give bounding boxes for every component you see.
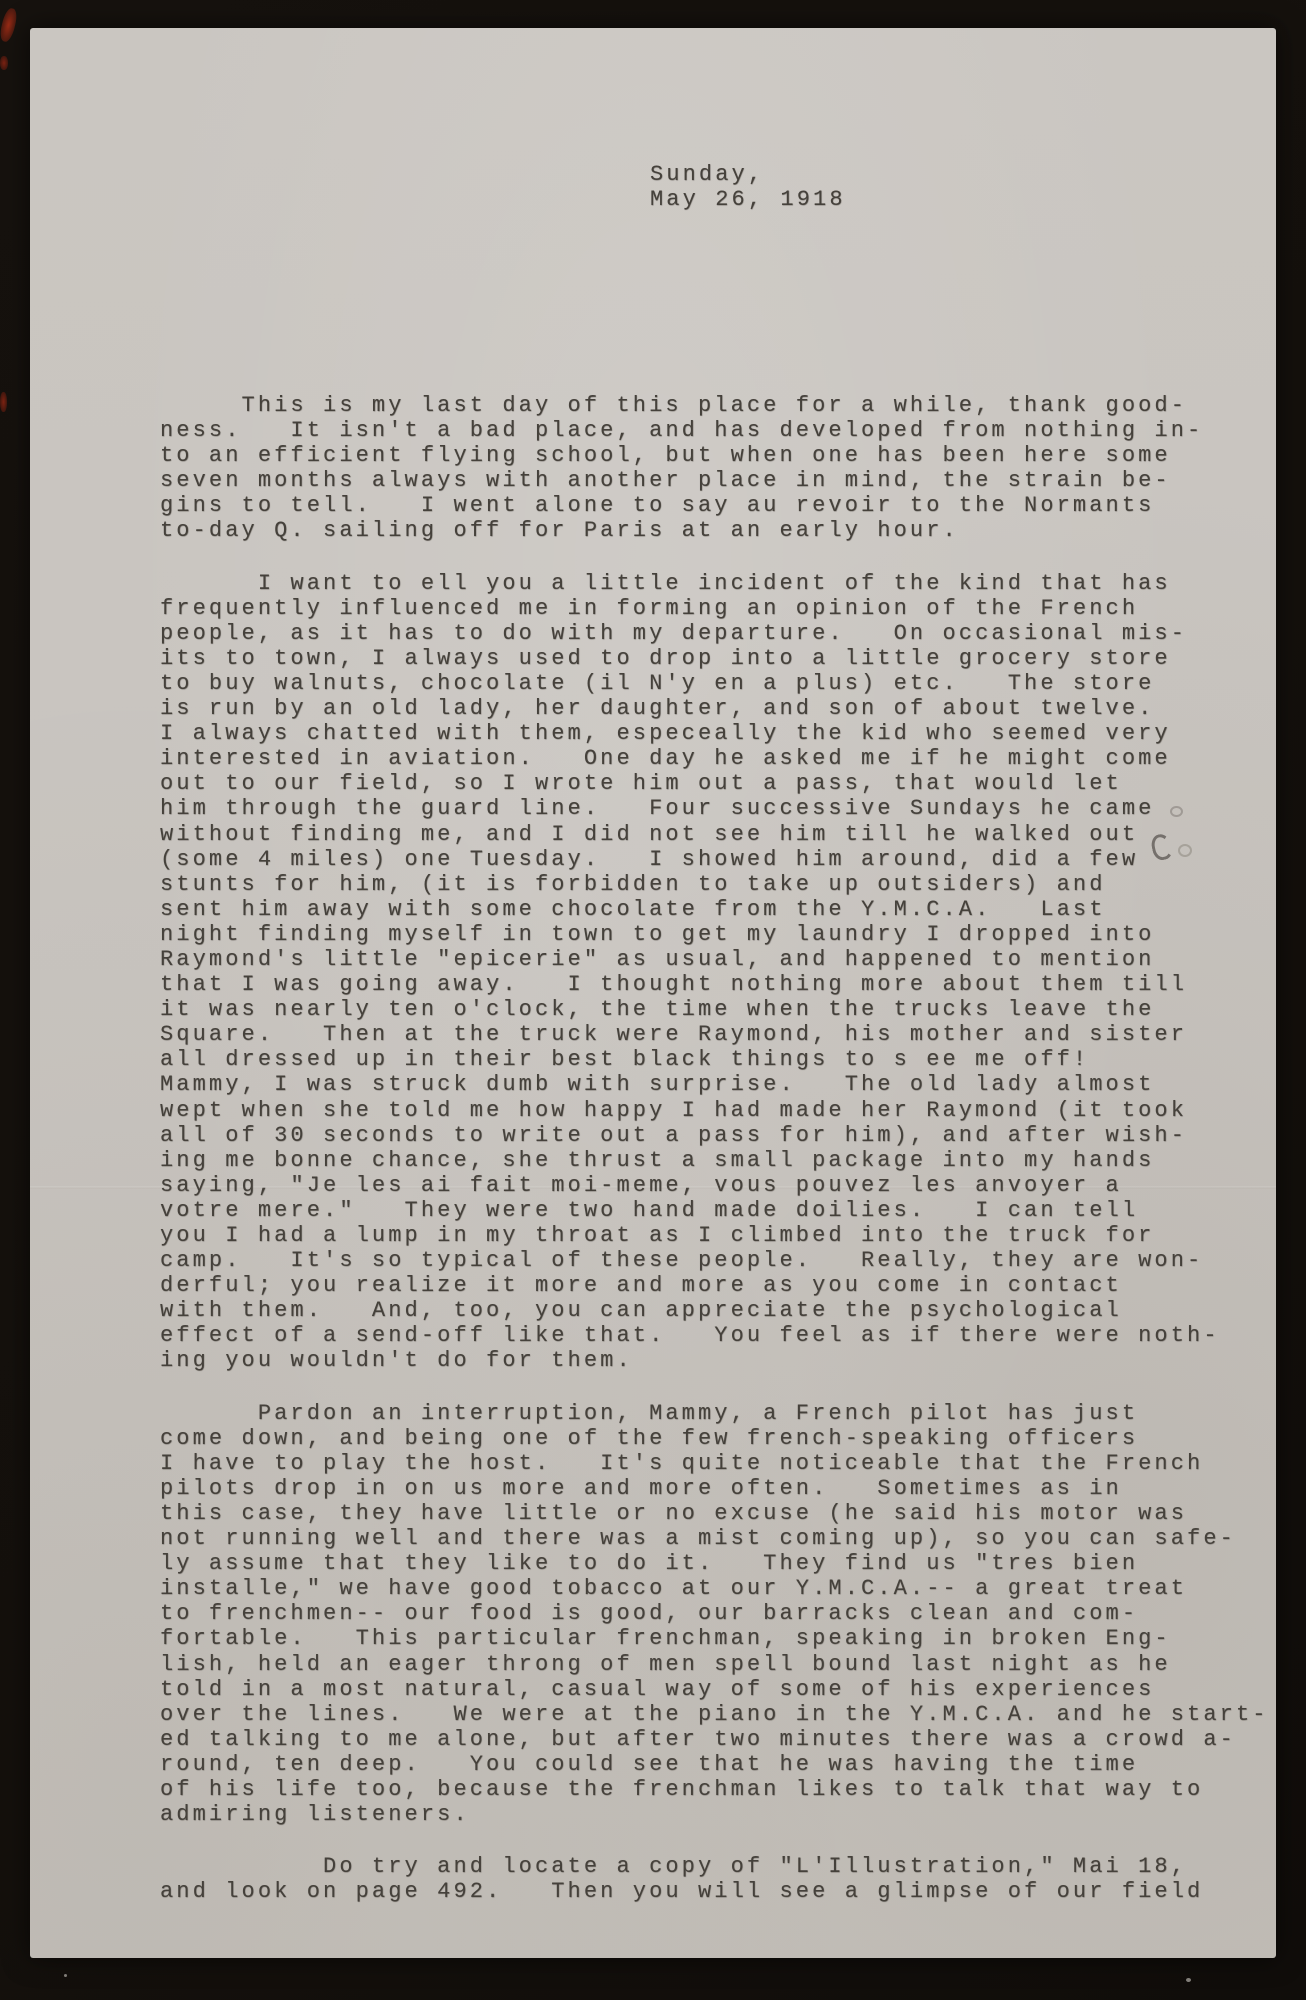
date-block: Sunday, May 26, 1918: [650, 162, 846, 212]
letter-line: votre mere." They were two hand made doi…: [160, 1198, 1269, 1223]
letter-paragraph: I want to ell you a little incident of t…: [160, 571, 1269, 1374]
letter-line: with them. And, too, you can appreciate …: [160, 1298, 1269, 1323]
letter-line: told in a most natural, casual way of so…: [160, 1677, 1269, 1702]
letter-line: and look on page 492. Then you will see …: [160, 1879, 1269, 1904]
letter-line: Mammy, I was struck dumb with surprise. …: [160, 1072, 1269, 1097]
letter-line: ing you wouldn't do for them.: [160, 1348, 1269, 1373]
letter-line: to frenchmen-- our food is good, our bar…: [160, 1601, 1269, 1626]
letter-line: stunts for him, (it is forbidden to take…: [160, 872, 1269, 897]
letter-paragraph: Pardon an interruption, Mammy, a French …: [160, 1401, 1269, 1828]
letter-line: frequently influenced me in forming an o…: [160, 596, 1269, 621]
letter-line: camp. It's so typical of these people. R…: [160, 1248, 1269, 1273]
letter-line: night finding myself in town to get my l…: [160, 922, 1269, 947]
letter-line: I have to play the host. It's quite noti…: [160, 1451, 1269, 1476]
letter-line: installe," we have good tobacco at our Y…: [160, 1576, 1269, 1601]
letter-line: This is my last day of this place for a …: [160, 393, 1269, 418]
letter-line: interested in aviation. One day he asked…: [160, 746, 1269, 771]
date-line: May 26, 1918: [650, 187, 846, 212]
letter-line: sent him away with some chocolate from t…: [160, 897, 1269, 922]
letter-line: fortable. This particular frenchman, spe…: [160, 1626, 1269, 1651]
letter-line: admiring listeners.: [160, 1802, 1269, 1827]
letter-line: out to our field, so I wrote him out a p…: [160, 771, 1269, 796]
ink-smudge: [1178, 844, 1192, 857]
letter-line: of his life too, because the frenchman l…: [160, 1777, 1269, 1802]
letter-line: lish, held an eager throng of men spell …: [160, 1652, 1269, 1677]
letter-paragraph: Do try and locate a copy of "L'Illustrat…: [160, 1854, 1269, 1904]
letter-line: I always chatted with them, especeally t…: [160, 721, 1269, 746]
date-line: Sunday,: [650, 162, 846, 187]
letter-page: Sunday, May 26, 1918 This is my last day…: [30, 28, 1276, 1958]
letter-line: derful; you realize it more and more as …: [160, 1273, 1269, 1298]
letter-body: This is my last day of this place for a …: [160, 393, 1269, 1904]
letter-paragraph: This is my last day of this place for a …: [160, 393, 1269, 544]
ink-smudge: [1170, 806, 1183, 817]
letter-line: Square. Then at the truck were Raymond, …: [160, 1022, 1269, 1047]
letter-line: that I was going away. I thought nothing…: [160, 972, 1269, 997]
photo-background: { "document": { "date": { "line1": "Sund…: [0, 0, 1306, 2000]
letter-line: gins to tell. I went alone to say au rev…: [160, 493, 1269, 518]
letter-line: him through the guard line. Four success…: [160, 796, 1269, 821]
letter-line: ness. It isn't a bad place, and has deve…: [160, 418, 1269, 443]
letter-line: ly assume that they like to do it. They …: [160, 1551, 1269, 1576]
red-paint-speck: [0, 56, 8, 70]
letter-line: seven months always with another place i…: [160, 468, 1269, 493]
letter-line: ed talking to me alone, but after two mi…: [160, 1727, 1269, 1752]
red-paint-speck: [0, 392, 7, 412]
dust-speck: [64, 1974, 67, 1977]
letter-line: effect of a send-off like that. You feel…: [160, 1323, 1269, 1348]
letter-line: without finding me, and I did not see hi…: [160, 822, 1269, 847]
letter-line: it was nearly ten o'clock, the time when…: [160, 997, 1269, 1022]
dust-speck: [1186, 1978, 1191, 1982]
letter-line: all of 30 seconds to write out a pass fo…: [160, 1123, 1269, 1148]
letter-line: not running well and there was a mist co…: [160, 1526, 1269, 1551]
letter-line: to an efficient flying school, but when …: [160, 443, 1269, 468]
letter-line: over the lines. We were at the piano in …: [160, 1702, 1269, 1727]
letter-line: ing me bonne chance, she thrust a small …: [160, 1148, 1269, 1173]
letter-line: wept when she told me how happy I had ma…: [160, 1098, 1269, 1123]
letter-line: its to town, I always used to drop into …: [160, 646, 1269, 671]
letter-line: come down, and being one of the few fren…: [160, 1426, 1269, 1451]
red-paint-speck: [0, 7, 19, 43]
letter-line: saying, "Je les ai fait moi-meme, vous p…: [160, 1173, 1269, 1198]
letter-line: round, ten deep. You could see that he w…: [160, 1752, 1269, 1777]
letter-line: to-day Q. sailing off for Paris at an ea…: [160, 518, 1269, 543]
letter-line: all dressed up in their best black thing…: [160, 1047, 1269, 1072]
letter-line: I want to ell you a little incident of t…: [160, 571, 1269, 596]
letter-line: this case, they have little or no excuse…: [160, 1501, 1269, 1526]
letter-line: is run by an old lady, her daughter, and…: [160, 696, 1269, 721]
letter-line: (some 4 miles) one Tuesday. I showed him…: [160, 847, 1269, 872]
letter-line: Do try and locate a copy of "L'Illustrat…: [160, 1854, 1269, 1879]
letter-line: people, as it has to do with my departur…: [160, 621, 1269, 646]
letter-line: Raymond's little "epicerie" as usual, an…: [160, 947, 1269, 972]
letter-line: to buy walnuts, chocolate (il N'y en a p…: [160, 671, 1269, 696]
letter-line: pilots drop in on us more and more often…: [160, 1476, 1269, 1501]
letter-line: Pardon an interruption, Mammy, a French …: [160, 1401, 1269, 1426]
letter-line: you I had a lump in my throat as I climb…: [160, 1223, 1269, 1248]
